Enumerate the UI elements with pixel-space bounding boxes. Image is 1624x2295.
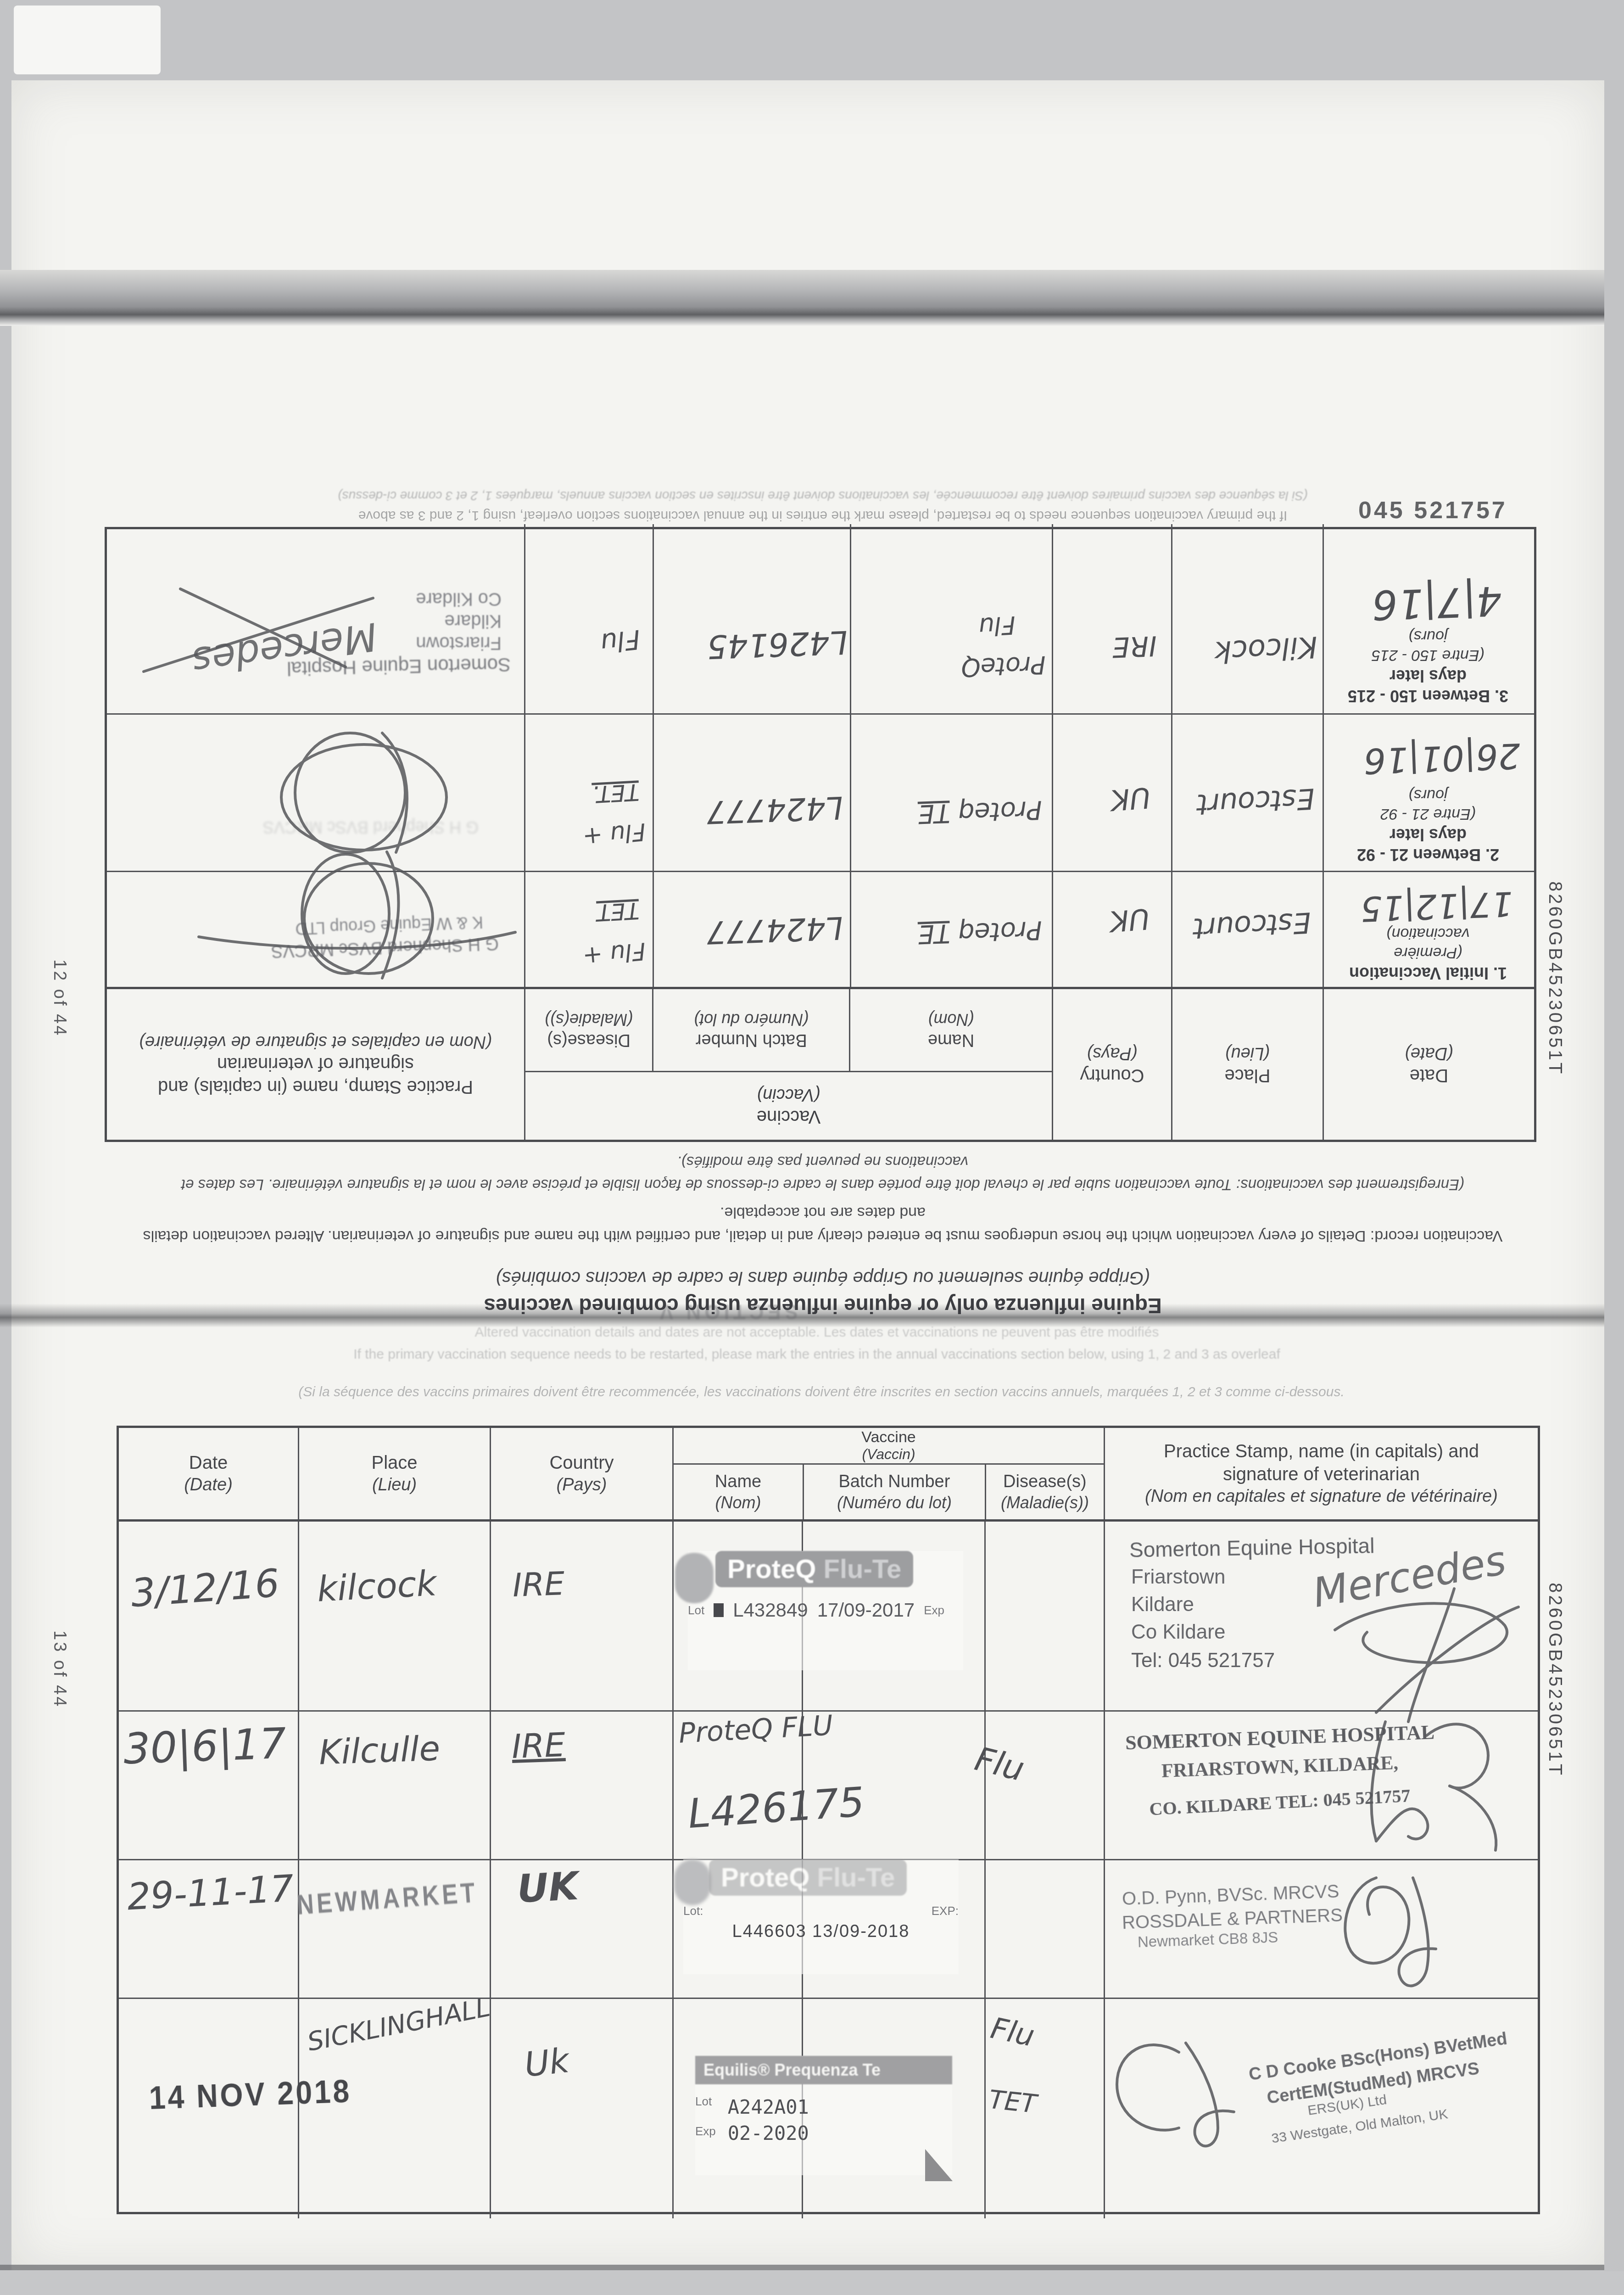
col-header-country: Country (Pays) — [490, 1428, 672, 1519]
page12-footnote-en: If the primary vaccination sequence need… — [139, 508, 1507, 523]
col-header-place: Place (Lieu) — [298, 1428, 490, 1519]
page12-paragraph-en: Vaccination record: Details of every vac… — [139, 1201, 1507, 1248]
scan-artifact-bottom-line — [0, 2265, 1624, 2270]
table-row — [107, 715, 1534, 872]
ghost-phone-stamp: 045 521757 — [1358, 497, 1507, 524]
page-number-12: 12 of 44 — [50, 959, 69, 1037]
scan-artifact-top — [14, 6, 161, 74]
table-row — [107, 872, 1534, 989]
table-row — [119, 1710, 1538, 1859]
page12-paragraph-fr: (Enregistrement des vaccinations: Toute … — [139, 1151, 1507, 1196]
col-header-disease: Disease(s) (Maladie(s)) — [985, 1465, 1104, 1519]
col-header-date: Date (Date) — [1324, 989, 1534, 1140]
page13-ghost-line2: If the primary vaccination sequence need… — [128, 1347, 1505, 1362]
page12-title: Equine influenza only or equine influenz… — [139, 1293, 1507, 1318]
col-header-batch: Batch Number (Numéro du lot) — [803, 1465, 985, 1519]
col-header-name: Name (Nom) — [674, 1465, 803, 1519]
col-header-stamp: Practice Stamp, name (in capitals) and s… — [1104, 1428, 1538, 1519]
document-code-bottom: 8260GB45230651T — [1545, 1583, 1565, 1777]
col-header-batch: Batch Number (Numéro du lot) — [653, 989, 850, 1071]
page-number-13: 13 of 44 — [50, 1630, 69, 1708]
col-header-vaccine-group: Vaccine (Vaccin) Name (Nom) Batch Number… — [525, 989, 1053, 1140]
page12: Equine influenza only or equine influenz… — [109, 499, 1536, 1321]
col-header-vaccine-group: Vaccine (Vaccin) Name (Nom) Batch Number… — [672, 1428, 1104, 1519]
document-code-top: 8260GB45230651T — [1545, 881, 1565, 1076]
col-header-stamp: Practice Stamp, name (in capitals) and s… — [107, 989, 525, 1140]
page13-ghost-line-fr: (Si la séquence des vaccins primaires do… — [119, 1384, 1524, 1400]
table-row — [119, 1859, 1538, 1998]
page12-footnote-fr: (Si la séquence des vaccins primaires do… — [139, 488, 1507, 503]
col-header-date: Date (Date) — [119, 1428, 298, 1519]
table-row — [119, 1998, 1538, 2218]
col-header-place: Place (Lieu) — [1172, 989, 1324, 1140]
vaccination-table-page12: Date (Date) Place (Lieu) Country (Pays) … — [105, 527, 1536, 1142]
vaccination-table-page13: Date (Date) Place (Lieu) Country (Pays) … — [117, 1426, 1540, 2214]
col-header-disease: Disease(s) (Maladie(s)) — [525, 989, 653, 1071]
page13-ghost-line1: Altered vaccination details and dates ar… — [128, 1325, 1505, 1340]
scanned-passport-page: 12 of 44 13 of 44 8260GB45230651T 8260GB… — [0, 0, 1624, 2295]
scan-seam — [0, 270, 1624, 326]
scan-artifact-bottom-band — [0, 2270, 1624, 2295]
col-header-name: Name (Nom) — [850, 989, 1052, 1071]
table-row — [107, 524, 1534, 715]
table-row — [119, 1519, 1538, 1710]
scan-artifact-right-strip — [1604, 80, 1624, 2271]
page12-subtitle: (Grippe équine seulement ou Grippe équin… — [139, 1267, 1507, 1288]
col-header-country: Country (Pays) — [1053, 989, 1172, 1140]
